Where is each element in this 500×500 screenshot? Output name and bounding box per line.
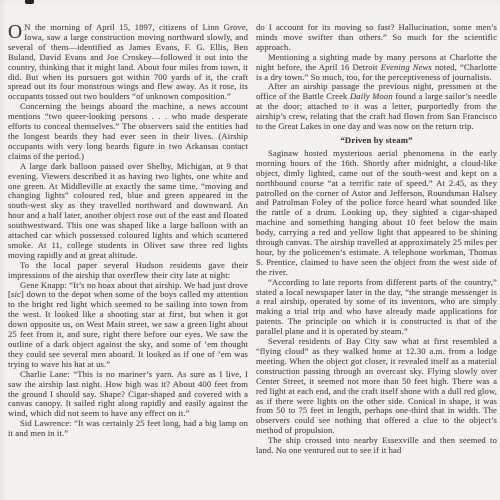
paragraph: Mentioning a sighting made by many perso… bbox=[256, 53, 497, 83]
paragraph: The ship crossed into nearby Essexville … bbox=[256, 436, 497, 456]
paragraph: Gene Knapp: “It’s no hoax about that air… bbox=[8, 281, 248, 370]
text-segment: sic bbox=[11, 289, 21, 299]
paragraph: Several residents of Bay City saw what a… bbox=[256, 337, 497, 436]
text-segment: do I account for its moving so fast? Hal… bbox=[256, 23, 497, 52]
text-segment: ] down to the depot when some of the boy… bbox=[8, 289, 248, 368]
text-segment: Concerning the beings aboard the machine… bbox=[8, 101, 248, 161]
text-segment: Evening News bbox=[381, 62, 432, 72]
text-segment: A large dark balloon passed over Shelby,… bbox=[8, 161, 248, 260]
paragraph: Concerning the beings aboard the machine… bbox=[8, 102, 248, 161]
text-segment: Daily Moon bbox=[350, 91, 393, 101]
paragraph: ON the morning of April 15, 1897, citize… bbox=[8, 23, 248, 102]
text-segment: The ship crossed into nearby Essexville … bbox=[256, 435, 497, 455]
text-segment: “Driven by steam” bbox=[340, 135, 412, 145]
text-segment: Sid Lawrence: “It was certainly 25 feet … bbox=[8, 418, 248, 438]
book-page: ON the morning of April 15, 1897, citize… bbox=[0, 0, 500, 500]
paragraph: A large dark balloon passed over Shelby,… bbox=[8, 162, 248, 261]
section-heading: “Driven by steam” bbox=[256, 136, 497, 146]
paragraph: Charlie Lane: “This is no mariner’s yarn… bbox=[8, 370, 248, 420]
text-segment: Several residents of Bay City saw what a… bbox=[256, 336, 497, 435]
paragraph: Saginaw hosted mysterious aerial phenome… bbox=[256, 149, 497, 278]
text-segment: Charlie Lane: “This is no mariner’s yarn… bbox=[8, 369, 248, 419]
paragraph: Sid Lawrence: “It was certainly 25 feet … bbox=[8, 419, 248, 439]
text-column-right: do I account for its moving so fast? Hal… bbox=[256, 23, 497, 500]
text-segment: Saginaw hosted mysterious aerial phenome… bbox=[256, 148, 497, 277]
cut-off-page-header-mark bbox=[25, 0, 34, 4]
paragraph: do I account for its moving so fast? Hal… bbox=[256, 23, 497, 53]
paragraph: “According to late reports from differen… bbox=[256, 278, 497, 337]
paragraph: After an airship passage the previous ni… bbox=[256, 82, 497, 132]
text-segment: To the local paper several Hudson reside… bbox=[8, 260, 248, 280]
text-column-left: ON the morning of April 15, 1897, citize… bbox=[8, 23, 248, 500]
drop-cap: O bbox=[8, 23, 24, 41]
text-segment: “According to late reports from differen… bbox=[256, 277, 497, 337]
text-segment: N the morning of April 15, 1897, citizen… bbox=[8, 23, 248, 101]
paragraph: To the local paper several Hudson reside… bbox=[8, 261, 248, 281]
